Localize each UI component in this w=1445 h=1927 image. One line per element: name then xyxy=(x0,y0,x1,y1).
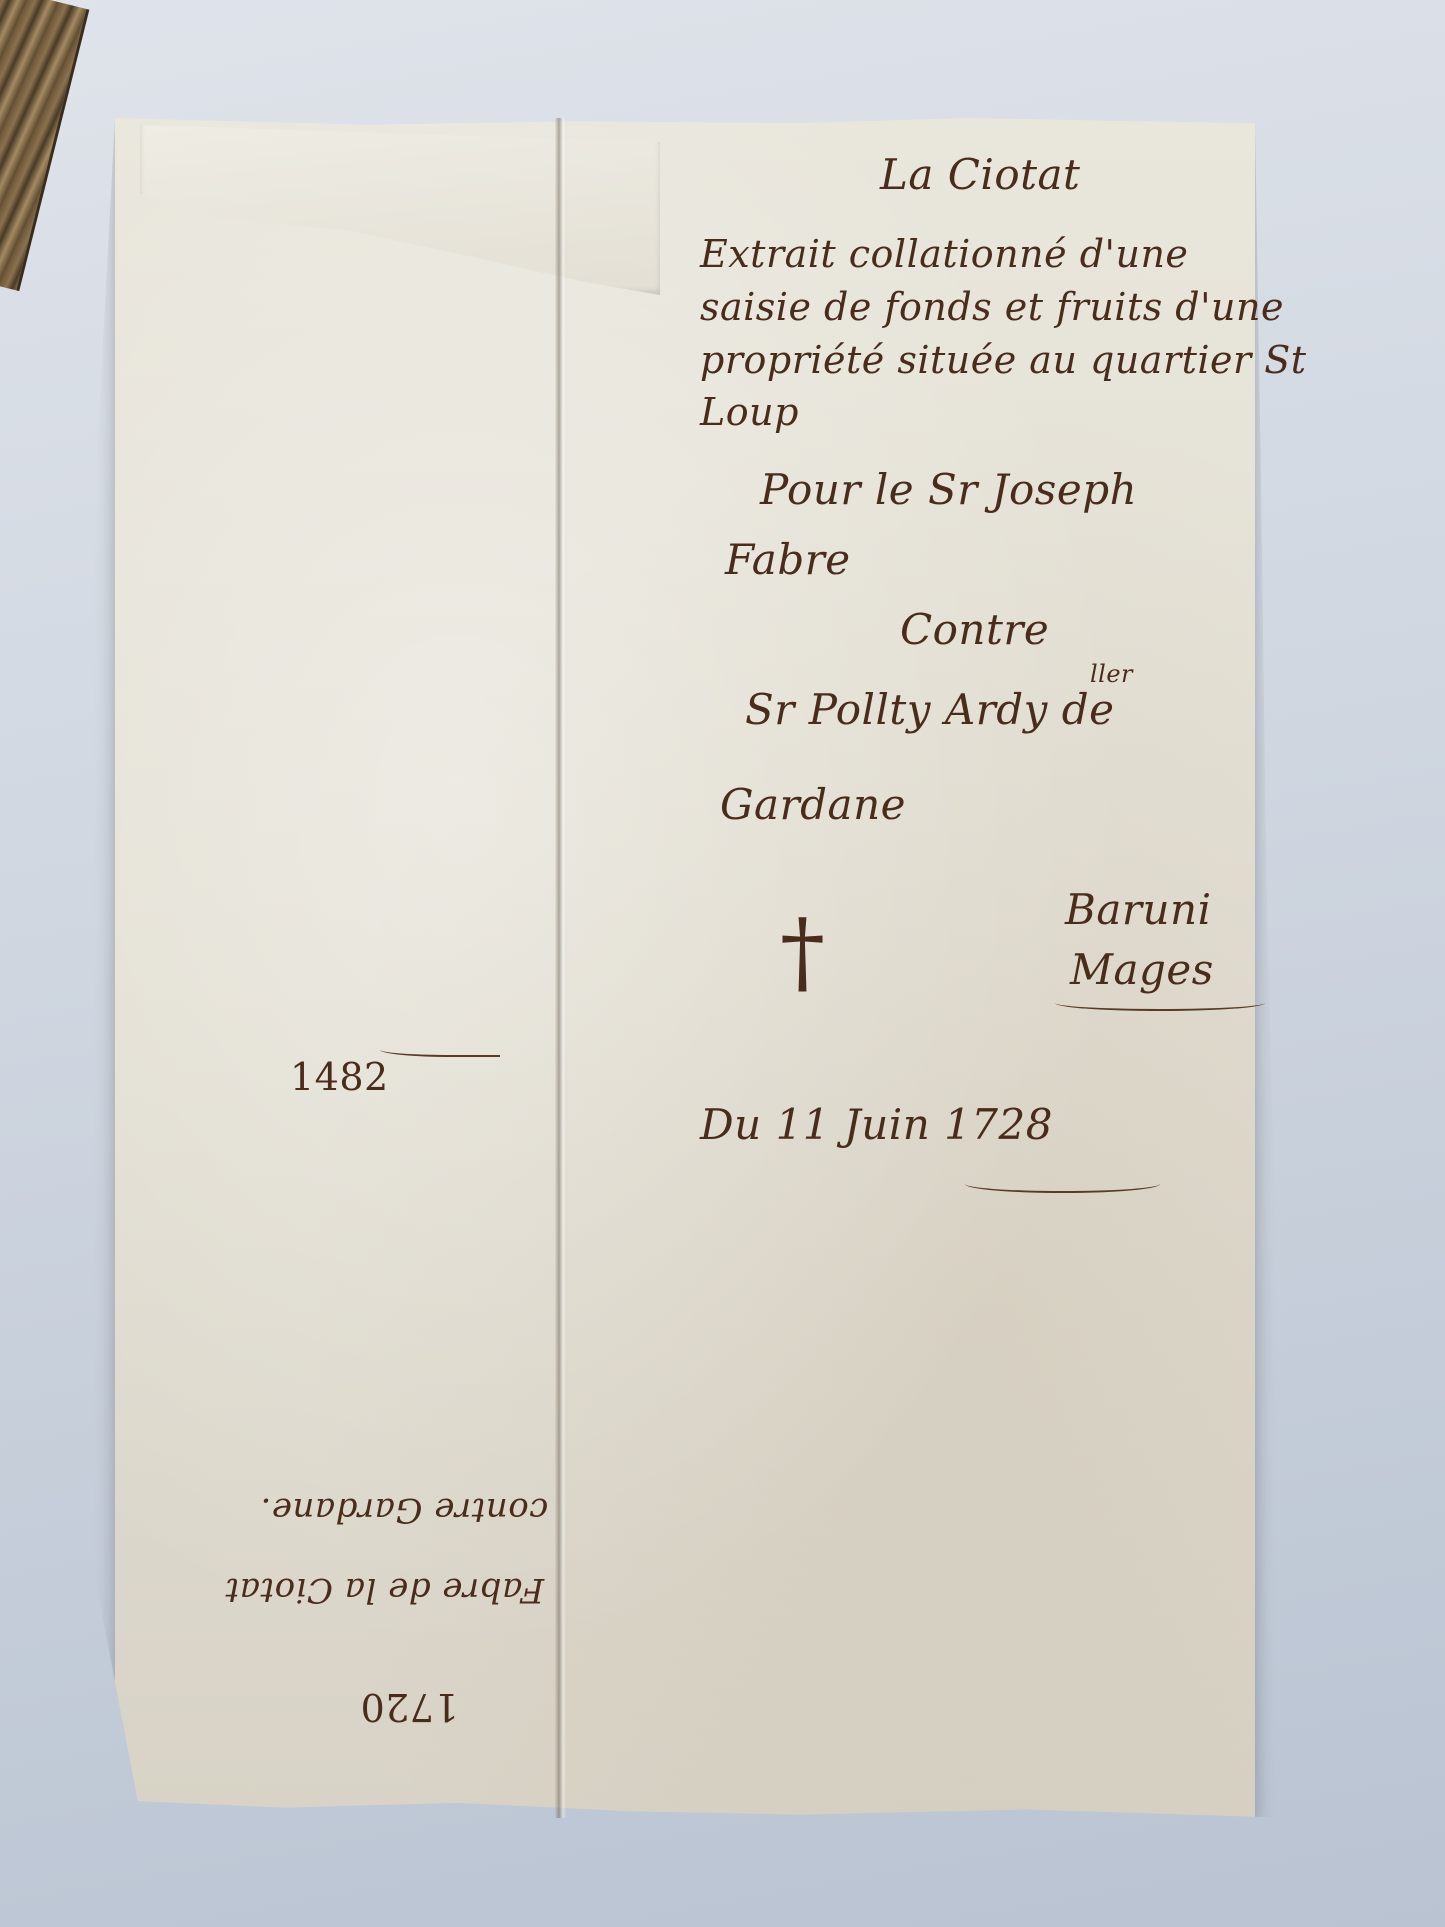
center-fold xyxy=(555,118,567,1818)
description-line-3: propriété située au quartier St xyxy=(700,338,1307,382)
upside-down-year: 1720 xyxy=(360,1685,459,1729)
signature-line-1: Baruni xyxy=(1065,885,1212,934)
plaintiff-line-2: Fabre xyxy=(725,535,851,584)
reference-number: 1482 xyxy=(290,1055,389,1099)
place-heading: La Ciotat xyxy=(880,150,1080,199)
contre-label: Contre xyxy=(900,605,1049,654)
date-flourish xyxy=(965,1175,1160,1193)
defendant-line-1: Sr Pollty Ardy de xyxy=(745,685,1114,734)
date-line: Du 11 Juin 1728 xyxy=(700,1100,1053,1149)
defendant-line-2: Gardane xyxy=(720,780,906,829)
plaintiff-line-1: Pour le Sr Joseph xyxy=(760,465,1137,514)
defendant-superscript: ller xyxy=(1090,660,1133,688)
upside-down-note-line-2: contre Gardane. xyxy=(260,1490,548,1530)
description-line-2: saisie de fonds et fruits d'une xyxy=(700,285,1284,329)
cross-mark: † xyxy=(780,900,826,1005)
signature-flourish xyxy=(1055,995,1265,1011)
description-line-1: Extrait collationné d'une xyxy=(700,232,1188,276)
description-line-4: Loup xyxy=(700,390,799,434)
upside-down-note-line-1: Fabre de la Ciotat xyxy=(225,1570,544,1610)
signature-line-2: Mages xyxy=(1070,945,1214,994)
wooden-edge xyxy=(0,0,89,291)
